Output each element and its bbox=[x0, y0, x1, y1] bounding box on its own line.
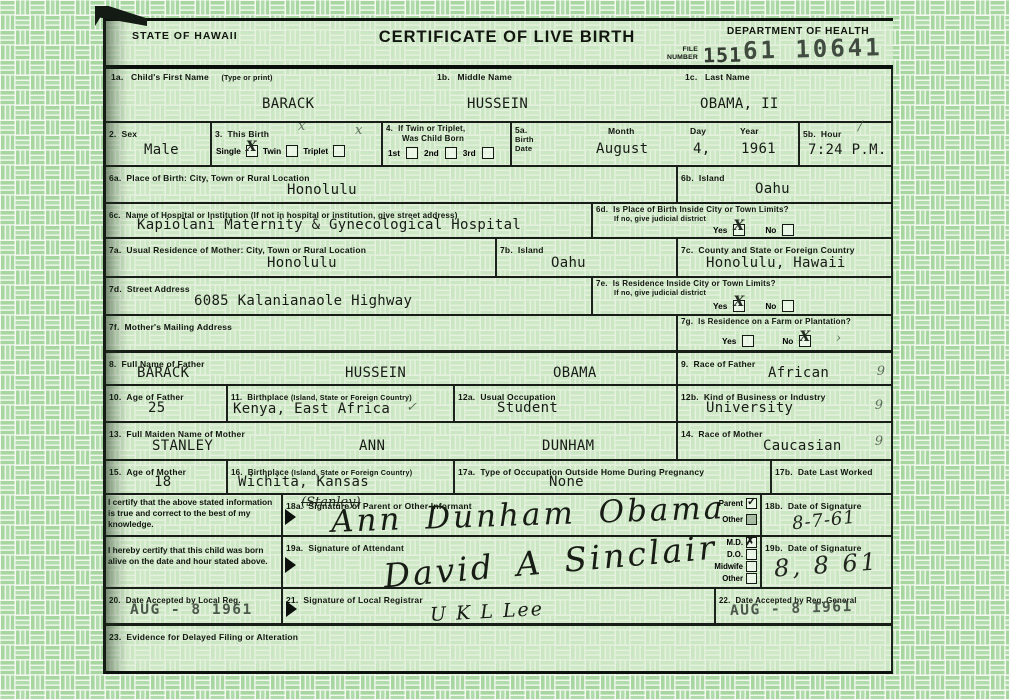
street-address-cell: 7d.Street Address 6085 Kalanianaole High… bbox=[106, 278, 593, 314]
pencil-9-mark: 9 bbox=[875, 435, 883, 448]
mother-name-cell: 13.Full Maiden Name of Mother STANLEY AN… bbox=[106, 423, 678, 459]
limits-yes-checkbox: X bbox=[733, 224, 745, 236]
hospital-cell: 6c.Name of Hospital or Institution (If n… bbox=[106, 204, 593, 237]
mother-race-cell: 14.Race of Mother Caucasian 9 bbox=[678, 423, 893, 459]
child-middle-name-value: HUSSEIN bbox=[467, 97, 528, 111]
mother-birthplace-cell: 16.Birthplace (Island, State or Foreign … bbox=[228, 461, 455, 493]
father-age-cell: 10.Age of Father 25 bbox=[106, 386, 228, 421]
father-occupation-value: Student bbox=[497, 401, 558, 415]
father-name-cell: 8.Full Name of Father BARACK HUSSEIN OBA… bbox=[106, 353, 678, 384]
father-occupation-cell: 12a.Usual Occupation Student bbox=[455, 386, 678, 421]
twin-checkbox bbox=[286, 145, 298, 157]
mother-occupation-cell: 17a.Type of Occupation Outside Home Duri… bbox=[455, 461, 772, 493]
birth-date-label: 5a. Birth Date bbox=[515, 125, 534, 153]
do-checkbox bbox=[746, 549, 757, 560]
row-attendant-signature: I hereby certify that this child was bor… bbox=[106, 537, 893, 589]
row-parent-signature: I certify that the above stated informat… bbox=[106, 495, 893, 537]
father-race-value: African bbox=[768, 366, 829, 380]
file-number-stamp: 151 bbox=[703, 45, 742, 66]
father-last-value: OBAMA bbox=[553, 366, 597, 380]
row-mother-name: 13.Full Maiden Name of Mother STANLEY AN… bbox=[106, 423, 893, 461]
row-father-details: 10.Age of Father 25 11.Birthplace (Islan… bbox=[106, 386, 893, 423]
state-title: STATE OF HAWAII bbox=[132, 30, 238, 43]
pencil-check-mark: ✓ bbox=[406, 401, 417, 414]
twin-order-cell: 4.If Twin or Triplet, Was Child Born 1st… bbox=[383, 123, 512, 165]
birth-month-value: August bbox=[596, 142, 648, 156]
farm-options: Yes No X bbox=[722, 335, 811, 347]
parent-signature-date-value: 8-7-61 bbox=[791, 509, 857, 534]
row-father-name: 8.Full Name of Father BARACK HUSSEIN OBA… bbox=[106, 353, 893, 386]
pencil-x-mark: x bbox=[355, 124, 362, 137]
row-mother-residence: 7a.Usual Residence of Mother: City, Town… bbox=[106, 239, 893, 278]
row-hospital: 6c.Name of Hospital or Institution (If n… bbox=[106, 204, 893, 239]
single-checkbox: X bbox=[246, 145, 258, 157]
pencil-9-mark: 9 bbox=[877, 365, 885, 378]
father-age-value: 25 bbox=[148, 401, 165, 415]
local-registrar-signature-cell: 21.Signature of Local Registrar U K L Le… bbox=[283, 589, 716, 623]
residence-limits-cell: 7e.Is Residence Inside City or Town Limi… bbox=[593, 278, 893, 314]
header-cell: STATE OF HAWAII CERTIFICATE OF LIVE BIRT… bbox=[106, 21, 893, 65]
county-value: Honolulu, Hawaii bbox=[706, 256, 846, 270]
father-industry-cell: 12b.Kind of Business or Industry Univers… bbox=[678, 386, 893, 421]
arrow-icon bbox=[286, 601, 297, 617]
evidence-cell: 23.Evidence for Delayed Filing or Altera… bbox=[106, 626, 893, 671]
other-attendant-checkbox bbox=[746, 573, 757, 584]
field-1a-label: 1a. Child's First Name (Type or print) bbox=[111, 72, 273, 83]
island-value: Oahu bbox=[755, 182, 790, 196]
city-limits-options: Yes X No bbox=[713, 224, 794, 236]
attendant-signature-date-value: 8, 8 61 bbox=[773, 549, 879, 580]
md-checkbox: ✗ bbox=[746, 537, 757, 548]
pencil-slash-mark: / bbox=[858, 120, 862, 133]
hour-cell: 5b.Hour / 7:24 P.M. bbox=[800, 123, 893, 165]
pencil-x-mark: x bbox=[298, 120, 305, 133]
first-born-checkbox bbox=[406, 147, 418, 159]
limits-no-checkbox bbox=[782, 224, 794, 236]
this-birth-cell: 3.This Birth x x Single X Twin Triplet bbox=[212, 123, 383, 165]
form-header: STATE OF HAWAII CERTIFICATE OF LIVE BIRT… bbox=[106, 21, 893, 69]
pencil-tick-mark: › bbox=[836, 332, 841, 345]
mother-first-value: STANLEY bbox=[152, 439, 213, 453]
day-label: Day bbox=[690, 126, 706, 136]
street-address-value: 6085 Kalanianaole Highway bbox=[194, 294, 412, 308]
other-informant-checkbox bbox=[746, 514, 757, 525]
birth-date-cell: 5a. Birth Date Month Day Year August 4, … bbox=[512, 123, 800, 165]
farm-yes-checkbox bbox=[742, 335, 754, 347]
place-of-birth-cell: 6a.Place of Birth: City, Town or Rural L… bbox=[106, 167, 678, 202]
city-limits-cell: 6d.Is Place of Birth Inside City or Town… bbox=[593, 204, 893, 237]
local-accepted-date-stamp: AUG - 8 1961 bbox=[130, 603, 253, 618]
hour-value: 7:24 P.M. bbox=[808, 143, 887, 157]
row-mailing-address: 7f.Mother's Mailing Address 7g.Is Reside… bbox=[106, 316, 893, 353]
island-cell: 6b.Island Oahu bbox=[678, 167, 893, 202]
sex-cell: 2.Sex Male bbox=[106, 123, 212, 165]
scanned-birth-certificate: { "header": { "state": "STATE OF HAWAII"… bbox=[0, 0, 1009, 699]
pencil-9-mark: 9 bbox=[875, 399, 883, 412]
sex-value: Male bbox=[144, 143, 179, 157]
attendant-certification-statement: I hereby certify that this child was bor… bbox=[106, 537, 283, 587]
father-birthplace-value: Kenya, East Africa bbox=[233, 402, 390, 416]
registrar-general-date-cell: 22.Date Accepted by Reg. General AUG - 8… bbox=[716, 589, 893, 623]
hospital-value: Kapiolani Maternity & Gynecological Hosp… bbox=[137, 218, 521, 232]
local-registrar-date-cell: 20.Date Accepted by Local Reg. AUG - 8 1… bbox=[106, 589, 283, 623]
row-street-address: 7d.Street Address 6085 Kalanianaole High… bbox=[106, 278, 893, 316]
month-label: Month bbox=[608, 126, 635, 136]
general-accepted-date-stamp: AUG - 8 1961 bbox=[730, 600, 853, 619]
date-last-worked-cell: 17b.Date Last Worked bbox=[772, 461, 893, 493]
residence-limits-options: Yes X No bbox=[713, 300, 794, 312]
field-1b-label: 1b. Middle Name bbox=[437, 72, 512, 82]
local-registrar-signature: U K L Lee bbox=[430, 600, 545, 625]
year-label: Year bbox=[740, 126, 759, 136]
parent-checkbox: ✓ bbox=[746, 498, 757, 509]
father-industry-value: University bbox=[706, 401, 793, 415]
residence-island-value: Oahu bbox=[551, 256, 586, 270]
field-1c-label: 1c. Last Name bbox=[685, 72, 750, 82]
arrow-icon bbox=[285, 509, 296, 525]
mother-last-value: DUNHAM bbox=[542, 439, 594, 453]
child-last-name-value: OBAMA, II bbox=[700, 97, 779, 111]
father-first-value: BARACK bbox=[137, 366, 189, 380]
parent-certification-statement: I certify that the above stated informat… bbox=[106, 495, 283, 535]
res-limits-yes-checkbox: X bbox=[733, 300, 745, 312]
father-birthplace-cell: 11.Birthplace (Island, State or Foreign … bbox=[228, 386, 455, 421]
row-birth-info: 2.Sex Male 3.This Birth x x Single X Twi… bbox=[106, 123, 893, 167]
residence-island-cell: 7b.Island Oahu bbox=[497, 239, 678, 276]
second-born-checkbox bbox=[445, 147, 457, 159]
farm-cell: 7g.Is Residence on a Farm or Plantation?… bbox=[678, 316, 893, 350]
place-of-birth-value: Honolulu bbox=[287, 183, 357, 197]
mother-age-value: 18 bbox=[154, 475, 171, 489]
certificate-title: CERTIFICATE OF LIVE BIRTH bbox=[374, 28, 640, 48]
third-born-checkbox bbox=[482, 147, 494, 159]
residence-city-value: Honolulu bbox=[267, 256, 337, 270]
mother-race-value: Caucasian bbox=[763, 439, 842, 453]
birth-type-options: Single X Twin Triplet bbox=[216, 145, 345, 157]
child-name-cell: 1a. Child's First Name (Type or print) 1… bbox=[106, 69, 893, 121]
certificate-number-stamp: 61 10641 bbox=[743, 35, 883, 63]
father-race-cell: 9.Race of Father African 9 bbox=[678, 353, 893, 384]
mailing-address-cell: 7f.Mother's Mailing Address bbox=[106, 316, 678, 350]
midwife-checkbox bbox=[746, 561, 757, 572]
attendant-signature: David A Sinclair bbox=[382, 530, 718, 592]
twin-order-options: 1st 2nd 3rd bbox=[388, 147, 494, 159]
row-child-name: 1a. Child's First Name (Type or print) 1… bbox=[106, 69, 893, 123]
res-limits-no-checkbox bbox=[782, 300, 794, 312]
mother-birthplace-value: Wichita, Kansas bbox=[238, 475, 369, 489]
row-evidence: 23.Evidence for Delayed Filing or Altera… bbox=[106, 626, 893, 671]
arrow-icon bbox=[285, 557, 296, 573]
row-mother-details: 15.Age of Mother 18 16.Birthplace (Islan… bbox=[106, 461, 893, 495]
attendant-type-options: M.D. ✗ D.O. Midwife Other bbox=[714, 537, 757, 585]
row-registrar: 20.Date Accepted by Local Reg. AUG - 8 1… bbox=[106, 589, 893, 626]
parent-signature-date-cell: 18b.Date of Signature 8-7-61 bbox=[762, 495, 893, 535]
mother-middle-value: ANN bbox=[359, 439, 385, 453]
attendant-signature-date-cell: 19b.Date of Signature 8, 8 61 bbox=[762, 537, 893, 587]
birth-year-value: 1961 bbox=[741, 142, 776, 156]
triplet-checkbox bbox=[333, 145, 345, 157]
attendant-signature-cell: 19a.Signature of Attendant David A Sincl… bbox=[283, 537, 762, 587]
county-cell: 7c.County and State or Foreign Country H… bbox=[678, 239, 893, 276]
mother-occupation-value: None bbox=[549, 475, 584, 489]
father-middle-value: HUSSEIN bbox=[345, 366, 406, 380]
child-first-name-value: BARACK bbox=[262, 97, 314, 111]
file-number-label: FILE NUMBER bbox=[658, 46, 698, 62]
birth-day-value: 4, bbox=[693, 142, 710, 156]
certificate-form: STATE OF HAWAII CERTIFICATE OF LIVE BIRT… bbox=[103, 18, 893, 674]
residence-city-cell: 7a.Usual Residence of Mother: City, Town… bbox=[106, 239, 497, 276]
row-place-of-birth: 6a.Place of Birth: City, Town or Rural L… bbox=[106, 167, 893, 204]
farm-no-checkbox: X bbox=[799, 335, 811, 347]
mother-age-cell: 15.Age of Mother 18 bbox=[106, 461, 228, 493]
